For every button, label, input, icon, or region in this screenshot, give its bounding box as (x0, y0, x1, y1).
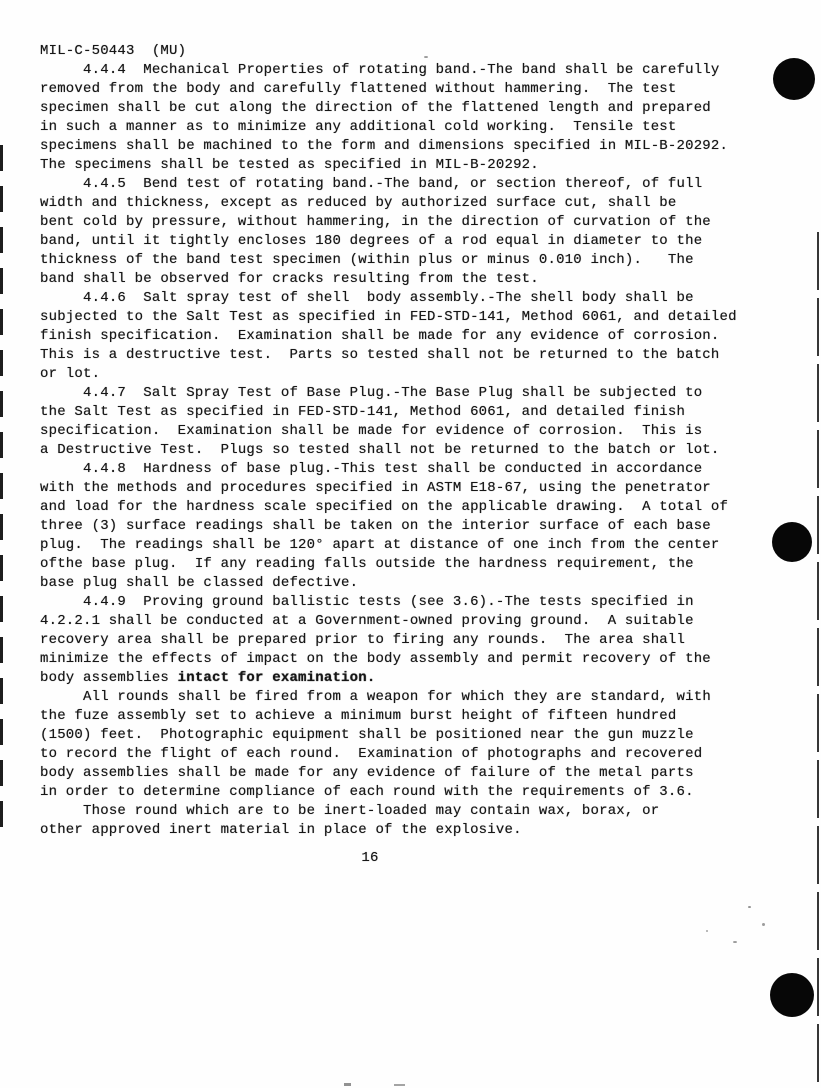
paragraph-4-4-4-text: 4.4.4 Mechanical Properties of rotating … (40, 62, 728, 173)
scan-speck (706, 930, 708, 932)
scan-speck (762, 923, 765, 926)
left-edge-binding-marks (0, 145, 3, 835)
paragraph-all-rounds: All rounds shall be fired from a weapon … (40, 688, 756, 802)
document-id-header: MIL-C-50443 (MU) (40, 42, 756, 61)
paragraph-4-4-9-bold-text: intact for examination. (178, 670, 376, 686)
paragraph-4-4-7: 4.4.7 Salt Spray Test of Base Plug.-The … (40, 384, 756, 460)
registration-dot-bottom (770, 973, 814, 1017)
paragraph-4-4-7-text: 4.4.7 Salt Spray Test of Base Plug.-The … (40, 385, 720, 458)
paragraph-inert-loaded: Those round which are to be inert-loaded… (40, 802, 756, 840)
right-edge-scan-line (817, 232, 819, 1088)
paragraph-4-4-8-text: 4.4.8 Hardness of base plug.-This test s… (40, 461, 728, 591)
paragraph-4-4-6-text: 4.4.6 Salt spray test of shell body asse… (40, 290, 737, 382)
scan-speck (733, 941, 737, 943)
paragraph-4-4-5-text: 4.4.5 Bend test of rotating band.-The ba… (40, 176, 711, 287)
registration-dot-middle (772, 522, 812, 562)
scan-speck (424, 56, 428, 58)
paragraph-4-4-9: 4.4.9 Proving ground ballistic tests (se… (40, 593, 756, 688)
paragraph-4-4-6: 4.4.6 Salt spray test of shell body asse… (40, 289, 756, 384)
registration-dot-top (773, 58, 815, 100)
document-page: MIL-C-50443 (MU) 4.4.4 Mechanical Proper… (0, 0, 821, 1088)
paragraph-4-4-4: 4.4.4 Mechanical Properties of rotating … (40, 61, 756, 175)
scan-speck (748, 906, 751, 908)
paragraph-all-rounds-text: All rounds shall be fired from a weapon … (40, 689, 711, 800)
bottom-edge-mark (344, 1083, 351, 1086)
page-number: 16 (40, 849, 700, 868)
bottom-edge-mark (394, 1084, 405, 1086)
paragraph-inert-loaded-text: Those round which are to be inert-loaded… (40, 803, 659, 838)
document-content: MIL-C-50443 (MU) 4.4.4 Mechanical Proper… (40, 42, 756, 868)
paragraph-4-4-5: 4.4.5 Bend test of rotating band.-The ba… (40, 175, 756, 289)
paragraph-4-4-8: 4.4.8 Hardness of base plug.-This test s… (40, 460, 756, 593)
